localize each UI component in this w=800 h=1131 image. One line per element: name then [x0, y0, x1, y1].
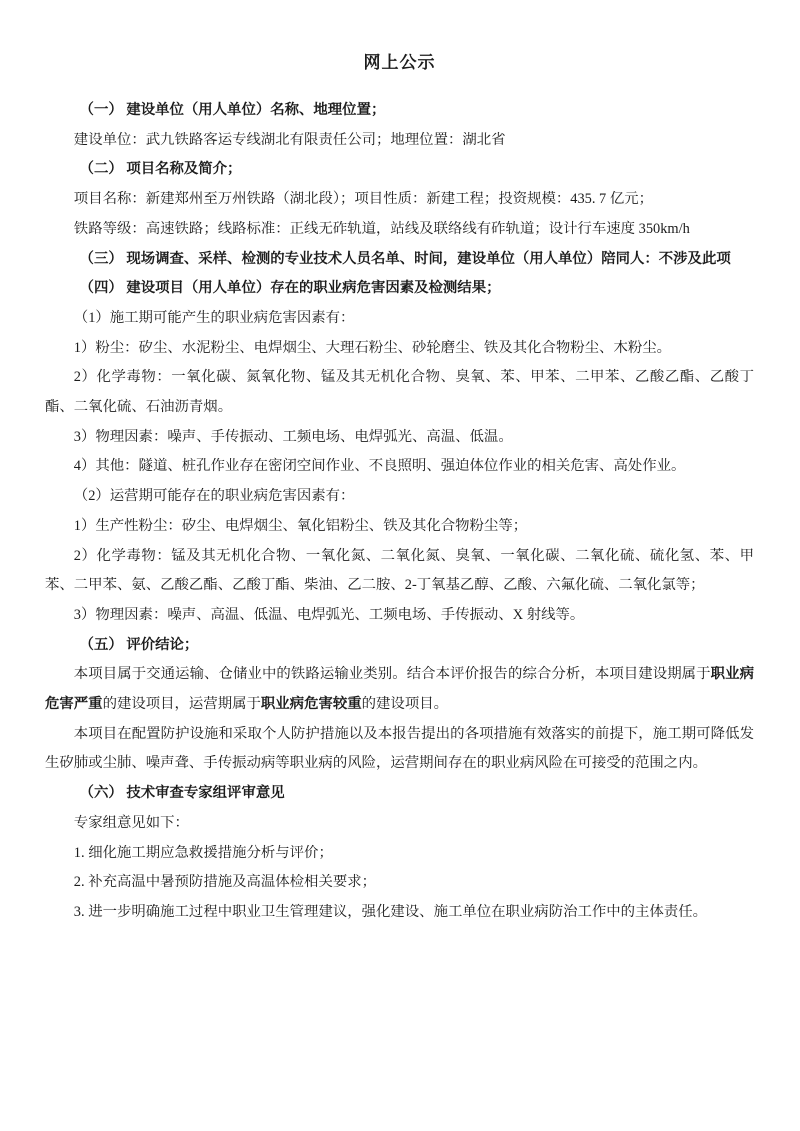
construction-other-item: 4）其他：隧道、桩孔作业存在密闭空间作业、不良照明、强迫体位作业的相关危害、高处…	[45, 452, 754, 482]
construction-chemical-item: 2）化学毒物：一氧化碳、氮氧化物、锰及其无机化合物、臭氧、苯、甲苯、二甲苯、乙酸…	[45, 363, 754, 422]
document-page: 网上公示 （一） 建设单位（用人单位）名称、地理位置； 建设单位：武九铁路客运专…	[0, 0, 800, 1131]
conclusion-paragraph-1: 本项目属于交通运输、仓储业中的铁路运输业类别。结合本评价报告的综合分析，本项目建…	[45, 660, 754, 719]
conclusion-text-3: 的建设项目。	[362, 696, 448, 712]
construction-dust-item: 1）粉尘：矽尘、水泥粉尘、电焊烟尘、大理石粉尘、砂轮磨尘、铁及其化合物粉尘、木粉…	[45, 334, 754, 364]
section-6-heading: （六） 技术审查专家组评审意见	[45, 779, 754, 809]
section-1-paragraph: 建设单位：武九铁路客运专线湖北有限责任公司；地理位置：湖北省	[45, 126, 754, 156]
section-3-heading: （三） 现场调查、采样、检测的专业技术人员名单、时间，建设单位（用人单位）陪同人…	[45, 245, 754, 275]
conclusion-text-2: 的建设项目，运营期属于	[103, 696, 261, 712]
section-1-heading: （一） 建设单位（用人单位）名称、地理位置；	[45, 96, 754, 126]
document-body: （一） 建设单位（用人单位）名称、地理位置； 建设单位：武九铁路客运专线湖北有限…	[45, 96, 754, 928]
conclusion-text-1: 本项目属于交通运输、仓储业中的铁路运输业类别。结合本评价报告的综合分析，本项目建…	[74, 666, 711, 682]
section-5-heading: （五） 评价结论；	[45, 631, 754, 661]
document-content: 网上公示 （一） 建设单位（用人单位）名称、地理位置； 建设单位：武九铁路客运专…	[45, 0, 754, 928]
expert-opinion-item-2: 2. 补充高温中暑预防措施及高温体检相关要求；	[45, 868, 754, 898]
construction-physical-item: 3）物理因素：噪声、手传振动、工频电场、电焊弧光、高温、低温。	[45, 423, 754, 453]
expert-opinion-intro: 专家组意见如下：	[45, 809, 754, 839]
section-4-heading: （四） 建设项目（用人单位）存在的职业病危害因素及检测结果；	[45, 274, 754, 304]
construction-hazards-intro: （1）施工期可能产生的职业病危害因素有：	[45, 304, 754, 334]
expert-opinion-item-3: 3. 进一步明确施工过程中职业卫生管理建议，强化建设、施工单位在职业病防治工作中…	[45, 898, 754, 928]
project-name-paragraph: 项目名称：新建郑州至万州铁路（湖北段）；项目性质：新建工程；投资规模：435. …	[45, 185, 754, 215]
conclusion-paragraph-2: 本项目在配置防护设施和采取个人防护措施以及本报告提出的各项措施有效落实的前提下，…	[45, 720, 754, 779]
railway-grade-paragraph: 铁路等级：高速铁路；线路标准：正线无砟轨道，站线及联络线有砟轨道；设计行车速度 …	[45, 215, 754, 245]
conclusion-bold-moderate: 职业病危害较重	[261, 696, 362, 712]
operation-dust-item: 1）生产性粉尘：矽尘、电焊烟尘、氧化铝粉尘、铁及其化合物粉尘等；	[45, 512, 754, 542]
section-2-heading: （二） 项目名称及简介；	[45, 155, 754, 185]
expert-opinion-item-1: 1. 细化施工期应急救援措施分析与评价；	[45, 839, 754, 869]
operation-chemical-item: 2）化学毒物：锰及其无机化合物、一氧化氮、二氧化氮、臭氧、一氧化碳、二氧化硫、硫…	[45, 542, 754, 601]
operation-physical-item: 3）物理因素：噪声、高温、低温、电焊弧光、工频电场、手传振动、X 射线等。	[45, 601, 754, 631]
document-title: 网上公示	[45, 52, 754, 74]
operation-hazards-intro: （2）运营期可能存在的职业病危害因素有：	[45, 482, 754, 512]
